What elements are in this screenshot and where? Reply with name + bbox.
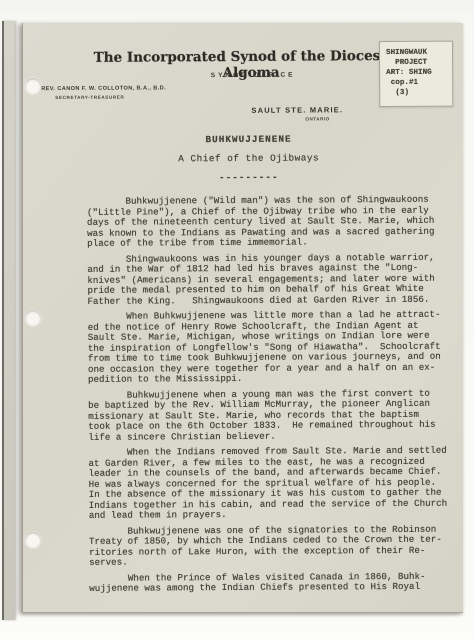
letterhead-officer-title: SECRETARY-TREASURER bbox=[55, 95, 124, 100]
document-page: The Incorporated Synod of the Diocese of… bbox=[22, 23, 463, 613]
paragraph-1: Buhkwujjenene ("Wild man") was the son o… bbox=[87, 195, 459, 250]
archive-stamp-text: SHINGWAUK PROJECT ART: SHING cop.#1 (3) bbox=[386, 48, 452, 98]
letterhead-city: SAULT STE. MARIE. bbox=[251, 105, 343, 115]
paragraph-3: When Buhkwujjenene was little more than … bbox=[88, 310, 460, 386]
punch-hole-top bbox=[25, 78, 41, 94]
letterhead-province: ONTARIO bbox=[305, 116, 329, 121]
scanned-document-background: The Incorporated Synod of the Diocese of… bbox=[0, 0, 474, 640]
punch-hole-middle bbox=[25, 310, 41, 326]
document-subtitle: A Chief of the Ojibways bbox=[34, 152, 464, 166]
typewritten-body: Buhkwujjenene ("Wild man") was the son o… bbox=[87, 195, 461, 600]
paragraph-2: Shingwaukoons was in his younger days a … bbox=[87, 252, 459, 307]
paragraph-7: When the Prince of Wales visited Canada … bbox=[89, 571, 461, 594]
paragraph-6: Buhkwujjenene was one of the signatories… bbox=[89, 524, 461, 568]
archive-stamp-label: SHINGWAUK PROJECT ART: SHING cop.#1 (3) bbox=[379, 41, 453, 107]
paragraph-5: When the Indians removed from Sault Ste.… bbox=[88, 446, 460, 522]
paragraph-4: Buhkwujjenene when a young man was the f… bbox=[88, 388, 460, 443]
letterhead-office-line: SYNOD OFFICE bbox=[153, 71, 353, 79]
page-content: The Incorporated Synod of the Diocese of… bbox=[23, 21, 467, 613]
letterhead-officer-name: REV. CANON F. W. COLLOTON, B.A., B.D. bbox=[41, 85, 166, 92]
document-title: BUHKWUJJENENE bbox=[34, 133, 464, 147]
adjacent-page-edge bbox=[2, 21, 15, 620]
punch-hole-bottom bbox=[25, 532, 41, 548]
title-divider-dashes: --------- bbox=[34, 171, 464, 185]
